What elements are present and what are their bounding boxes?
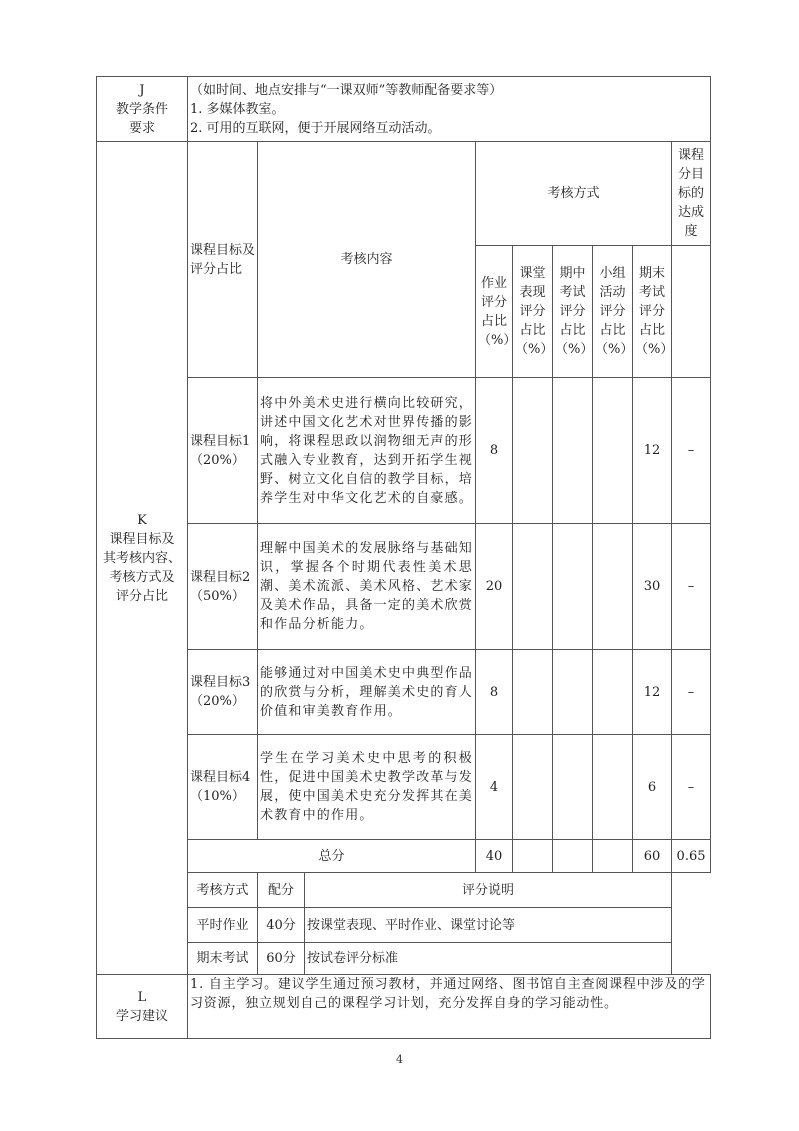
final-score: 12 [633,378,672,524]
homework-score: 8 [476,650,513,735]
header-achievement-blank [672,246,711,378]
goal-content: 学生在学习美术史中思考的积极性，促进中国美术史教学改革与发展，使中国美术史充分发… [258,735,476,840]
scoring-header-description: 评分说明 [305,873,672,908]
group-score [593,735,633,840]
group-score [593,524,633,650]
scoring-description: 按试卷评分标准 [305,943,672,975]
section-j-title-line: 要求 [99,119,185,138]
scoring-row: 平时作业 40分 按课堂表现、平时作业、课堂讨论等 [97,908,711,943]
homework-score: 20 [476,524,513,650]
section-k-title-line: 课程目标及 [99,530,185,549]
goal-content: 理解中国美术的发展脉络与基础知识，掌握各个时期代表性美术思潮、美术流派、美术风格… [258,524,476,650]
syllabus-table: J 教学条件 要求 （如时间、地点安排与“一课双师”等教师配备要求等） 1. 多… [96,76,711,1039]
section-l-label: L 学习建议 [97,975,188,1039]
header-method-midterm: 期中考试评分占比（%） [553,246,593,378]
header-method-group: 小组活动评分占比（%） [593,246,633,378]
section-k-title-line: 考核方式及 [99,568,185,587]
goal-label: 课程目标1（20%） [188,378,258,524]
total-achievement: 0.65 [672,840,711,873]
scoring-points: 60分 [258,943,305,975]
section-l-row: L 学习建议 1. 自主学习。建议学生通过预习教材，并通过网络、图书馆自主查阅课… [97,975,711,1039]
midterm-score [553,650,593,735]
section-l-content: 1. 自主学习。建议学生通过预习教材，并通过网络、图书馆自主查阅课程中涉及的学习… [188,975,711,1039]
homework-score: 4 [476,735,513,840]
group-score [593,650,633,735]
scoring-method: 平时作业 [188,908,258,943]
total-classroom [513,840,553,873]
final-score: 6 [633,735,672,840]
section-j-title-line: 教学条件 [99,100,185,119]
header-achievement: 课程分目标的达成度 [672,142,711,246]
scoring-header-method: 考核方式 [188,873,258,908]
scoring-row: 期末考试 60分 按试卷评分标准 [97,943,711,975]
achievement-value: – [672,524,711,650]
header-content: 考核内容 [258,142,476,378]
achievement-value: – [672,378,711,524]
section-l-title: 学习建议 [99,1007,185,1026]
total-group [593,840,633,873]
section-l-code: L [99,988,185,1007]
scoring-header-points: 配分 [258,873,305,908]
goal-content: 将中外美术史进行横向比较研究，讲述中国文化艺术对世界传播的影响，将课程思政以润物… [258,378,476,524]
final-score: 30 [633,524,672,650]
total-row: 总分 40 60 0.65 [97,840,711,873]
section-j-line: （如时间、地点安排与“一课双师”等教师配备要求等） [190,81,708,100]
goal-label: 课程目标2（50%） [188,524,258,650]
midterm-score [553,524,593,650]
section-j-line: 1. 多媒体教室。 [190,100,708,119]
table-row: 课程目标2（50%） 理解中国美术的发展脉络与基础知识，掌握各个时期代表性美术思… [97,524,711,650]
scoring-description: 按课堂表现、平时作业、课堂讨论等 [305,908,672,943]
classroom-score [513,524,553,650]
section-k-title-line: 评分占比 [99,587,185,606]
section-k-title-line: 其考核内容、 [99,549,185,568]
classroom-score [513,378,553,524]
section-k-label: K 课程目标及 其考核内容、 考核方式及 评分占比 [97,142,188,975]
header-method-final: 期末考试评分占比（%） [633,246,672,378]
section-j-line: 2. 可用的互联网，便于开展网络互动活动。 [190,119,708,138]
achievement-value: – [672,650,711,735]
total-midterm [553,840,593,873]
classroom-score [513,735,553,840]
scoring-method: 期末考试 [188,943,258,975]
section-j-row: J 教学条件 要求 （如时间、地点安排与“一课双师”等教师配备要求等） 1. 多… [97,77,711,142]
final-score: 12 [633,650,672,735]
table-row: 课程目标1（20%） 将中外美术史进行横向比较研究，讲述中国文化艺术对世界传播的… [97,378,711,524]
total-homework: 40 [476,840,513,873]
header-method-group: 考核方式 [476,142,672,246]
group-score [593,378,633,524]
section-k-code: K [99,511,185,530]
table-row: 课程目标4（10%） 学生在学习美术史中思考的积极性，促进中国美术史教学改革与发… [97,735,711,840]
header-goal: 课程目标及评分占比 [188,142,258,378]
goal-label: 课程目标4（10%） [188,735,258,840]
classroom-score [513,650,553,735]
midterm-score [553,735,593,840]
goal-content: 能够通过对中国美术史中典型作品的欣赏与分析，理解美术史的育人价值和审美教育作用。 [258,650,476,735]
goal-label: 课程目标3（20%） [188,650,258,735]
header-method-classroom: 课堂表现评分占比（%） [513,246,553,378]
scoring-header-row: 考核方式 配分 评分说明 [97,873,711,908]
total-final: 60 [633,840,672,873]
scoring-points: 40分 [258,908,305,943]
page-number: 4 [0,1053,799,1066]
document-page: J 教学条件 要求 （如时间、地点安排与“一课双师”等教师配备要求等） 1. 多… [0,0,799,1131]
homework-score: 8 [476,378,513,524]
k-header-row-1: K 课程目标及 其考核内容、 考核方式及 评分占比 课程目标及评分占比 考核内容… [97,142,711,246]
header-method-homework: 作业评分占比（%） [476,246,513,378]
section-j-label: J 教学条件 要求 [97,77,188,142]
midterm-score [553,378,593,524]
achievement-value: – [672,735,711,840]
section-j-content: （如时间、地点安排与“一课双师”等教师配备要求等） 1. 多媒体教室。 2. 可… [188,77,711,142]
table-row: 课程目标3（20%） 能够通过对中国美术史中典型作品的欣赏与分析，理解美术史的育… [97,650,711,735]
section-j-code: J [99,81,185,100]
total-label: 总分 [188,840,476,873]
